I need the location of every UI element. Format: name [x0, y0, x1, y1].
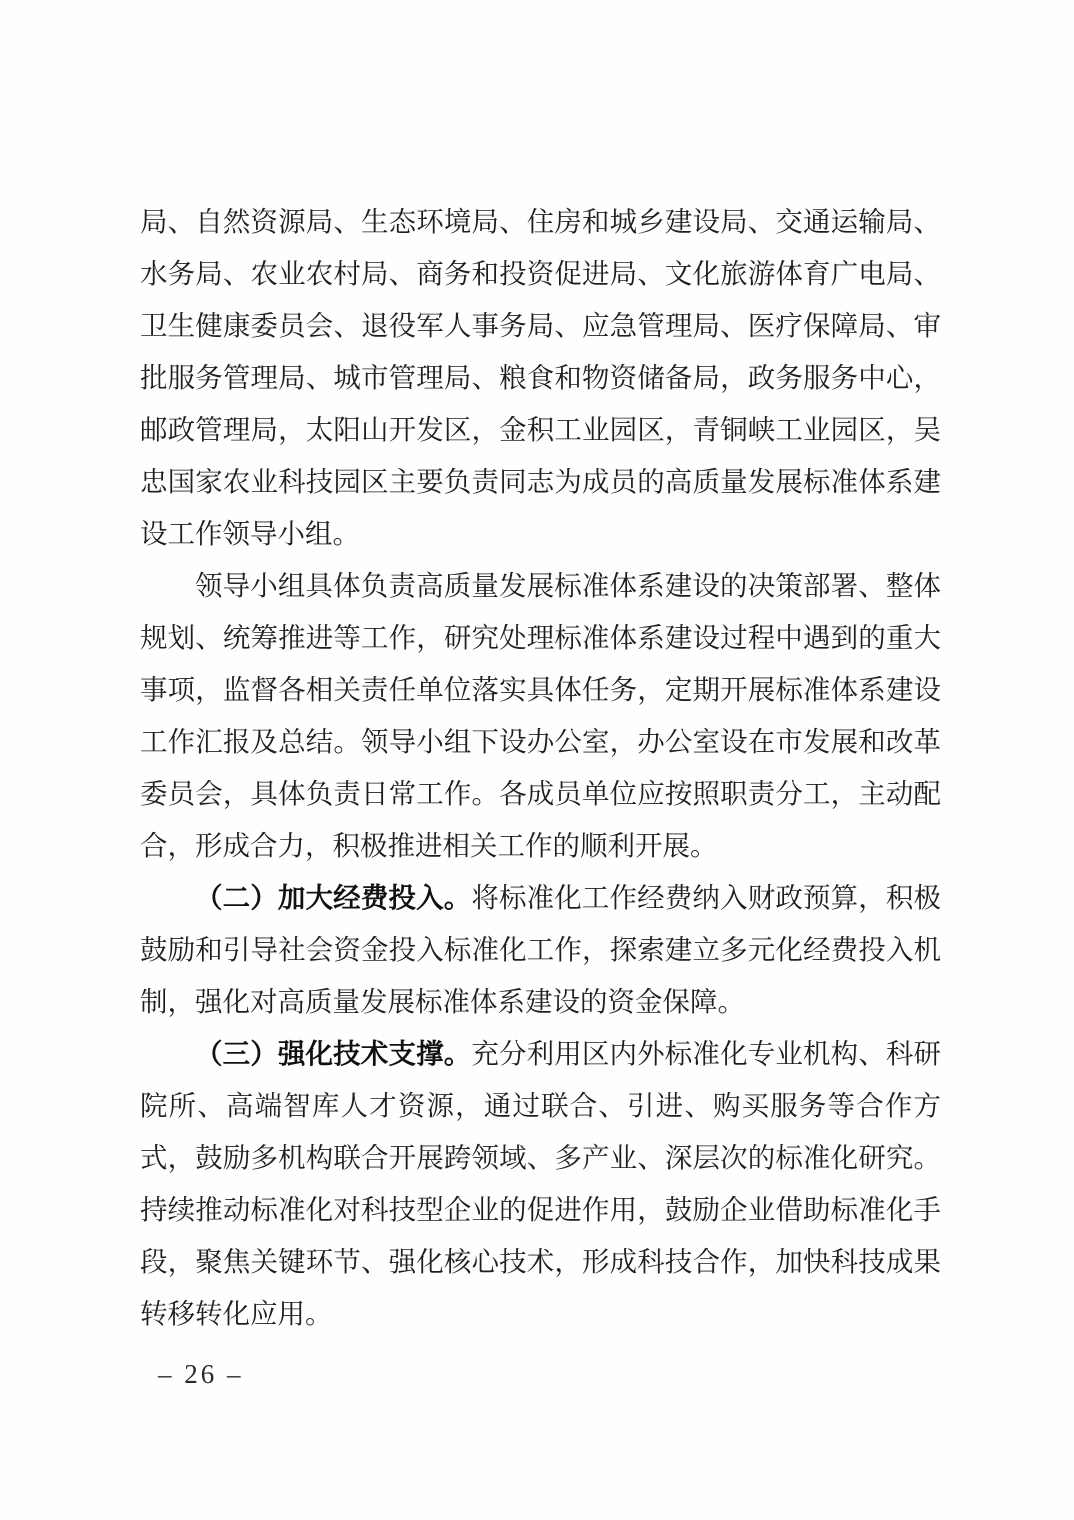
body-paragraph: 局、自然资源局、生态环境局、住房和城乡建设局、交通运输局、水务局、农业农村局、商…: [140, 196, 941, 560]
section-lead: （二）加大经费投入。: [195, 882, 471, 913]
paragraph-text: 领导小组具体负责高质量发展标准体系建设的决策部署、整体规划、统筹推进等工作，研究…: [140, 570, 941, 861]
body-paragraph: （三）强化技术支撑。充分利用区内外标准化专业机构、科研院所、高端智库人才资源，通…: [140, 1028, 941, 1340]
document-page: 局、自然资源局、生态环境局、住房和城乡建设局、交通运输局、水务局、农业农村局、商…: [0, 0, 1074, 1520]
paragraph-text: 局、自然资源局、生态环境局、住房和城乡建设局、交通运输局、水务局、农业农村局、商…: [140, 206, 941, 549]
body-paragraph: （二）加大经费投入。将标准化工作经费纳入财政预算，积极鼓励和引导社会资金投入标准…: [140, 872, 941, 1028]
page-number: – 26 –: [158, 1356, 244, 1392]
document-body: 局、自然资源局、生态环境局、住房和城乡建设局、交通运输局、水务局、农业农村局、商…: [140, 196, 941, 1340]
paragraph-text: 充分利用区内外标准化专业机构、科研院所、高端智库人才资源，通过联合、引进、购买服…: [140, 1038, 941, 1329]
body-paragraph: 领导小组具体负责高质量发展标准体系建设的决策部署、整体规划、统筹推进等工作，研究…: [140, 560, 941, 872]
section-lead: （三）强化技术支撑。: [195, 1038, 471, 1069]
